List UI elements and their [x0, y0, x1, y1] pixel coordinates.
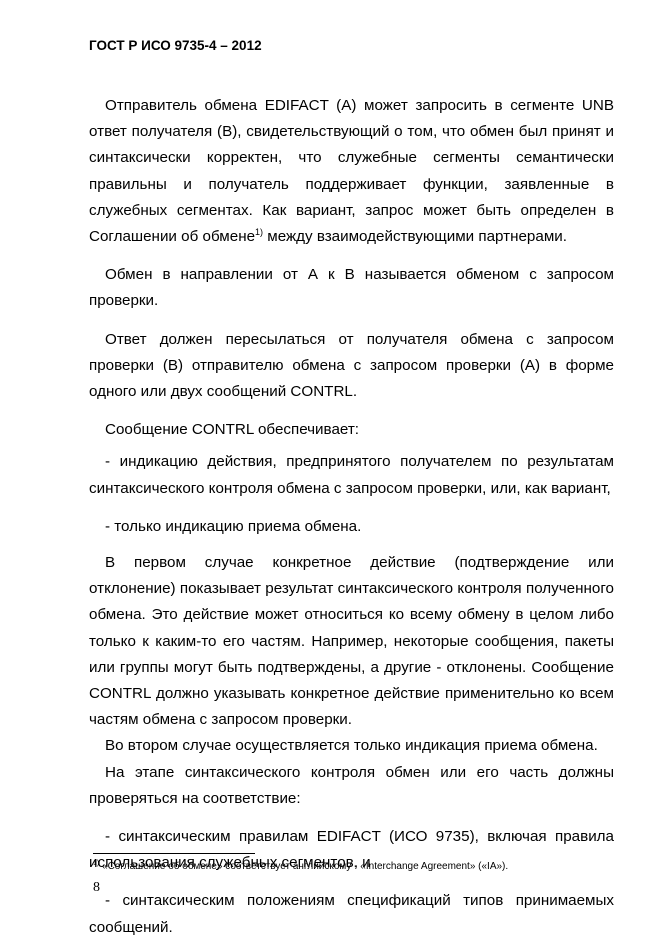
paragraph-7: На этапе синтаксического контроля обмен … [89, 760, 614, 812]
document-header: ГОСТ Р ИСО 9735-4 – 2012 [89, 38, 262, 53]
paragraph-3: Ответ должен пересылаться от получателя … [89, 327, 614, 406]
paragraph-text-tail: между взаимодействующими партнерами. [263, 228, 567, 245]
paragraph-4: Сообщение CONTRL обеспечивает: [89, 417, 614, 443]
footnote: 1) «Соглашение об обмене» соответствует … [93, 861, 508, 872]
list-item-4: - синтаксическим положениям спецификаций… [89, 888, 614, 936]
paragraph-5: В первом случае конкретное действие (под… [89, 550, 614, 733]
paragraph-1: Отправитель обмена EDIFACT (А) может зап… [89, 93, 614, 250]
document-page: ГОСТ Р ИСО 9735-4 – 2012 Отправитель обм… [0, 0, 661, 936]
list-item-1: - индикацию действия, предпринятого полу… [89, 449, 614, 501]
document-body: Отправитель обмена EDIFACT (А) может зап… [89, 93, 614, 936]
list-item-2: - только индикацию приема обмена. [89, 514, 614, 540]
page-number: 8 [93, 880, 100, 896]
paragraph-6: Во втором случае осуществляется только и… [89, 733, 614, 759]
footnote-text: «Соглашение об обмене» соответствует анг… [99, 861, 508, 872]
paragraph-2: Обмен в направлении от А к В называется … [89, 262, 614, 314]
footnote-reference[interactable]: 1) [255, 227, 263, 237]
footnote-divider [93, 853, 255, 854]
paragraph-text: Отправитель обмена EDIFACT (А) может зап… [89, 97, 614, 245]
